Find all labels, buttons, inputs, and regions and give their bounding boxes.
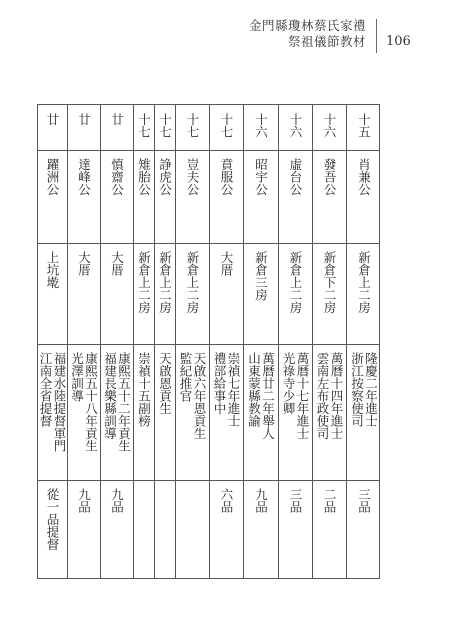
generation-text: 十七 — [220, 113, 233, 150]
name-text: 昭宇公 — [255, 158, 268, 243]
table-column: 十七雉胎公新倉上二房崇禎十五副榜 — [133, 105, 154, 578]
cell-branch: 新倉下二房 — [313, 243, 346, 344]
cell-generation: 廿 — [101, 105, 133, 150]
table-column: 十五肖兼公新倉上二房隆慶二年進士浙江按察使司三品 — [346, 105, 381, 578]
table-column: 十六發吾公新倉下二房萬曆十四年進士雲南左布政使司二品 — [312, 105, 346, 578]
title-text: 崇禎十五副榜 — [138, 352, 151, 480]
cell-rank — [176, 480, 209, 580]
cell-generation: 廿 — [68, 105, 100, 150]
cell-branch: 大厝 — [101, 243, 133, 344]
rank-text: 從一品提督 — [46, 488, 59, 580]
cell-generation: 十七 — [155, 105, 175, 150]
cell-branch: 新倉上二房 — [279, 243, 312, 344]
cell-rank: 二品 — [313, 480, 346, 580]
title-text: 崇禎七年進士 — [227, 352, 240, 480]
cell-title: 萬曆廿二年舉人山東蒙縣教諭 — [244, 344, 278, 480]
title-text: 江南全省提督 — [39, 352, 52, 480]
table-column: 廿躍洲公上坑墘福建水陸提督軍門江南全省提督從一品提督 — [38, 105, 67, 578]
rank-text: 六品 — [220, 488, 233, 580]
generation-text: 十七 — [159, 113, 172, 150]
cell-rank — [134, 480, 154, 580]
cell-title: 崇禎十五副榜 — [134, 344, 154, 480]
cell-rank: 九品 — [244, 480, 278, 580]
rank-text: 二品 — [323, 488, 336, 580]
branch-text: 新倉上二房 — [289, 251, 302, 344]
cell-title: 萬曆十四年進士雲南左布政使司 — [313, 344, 346, 480]
cell-generation: 十七 — [210, 105, 243, 150]
cell-name: 昭宇公 — [244, 150, 278, 243]
generation-text: 十七 — [138, 113, 151, 150]
name-text: 諍虎公 — [159, 158, 172, 243]
title-text: 萬曆十四年進士 — [330, 352, 343, 480]
branch-text: 大厝 — [111, 251, 124, 344]
page-number: 106 — [386, 34, 411, 49]
cell-name: 豈夫公 — [176, 150, 209, 243]
cell-branch: 大厝 — [68, 243, 100, 344]
cell-title: 康熙五十八年貢生光澤訓導 — [68, 344, 100, 480]
book-title: 金門縣瓊林蔡氏家禮 祭祖儀節教材 — [249, 18, 366, 50]
rank-text: 九品 — [78, 488, 91, 580]
cell-rank: 三品 — [347, 480, 381, 580]
title-text: 萬曆廿二年舉人 — [262, 352, 275, 480]
name-text: 雉胎公 — [138, 158, 151, 243]
cell-name: 肖兼公 — [347, 150, 381, 243]
name-text: 達峰公 — [78, 158, 91, 243]
title-text: 禮部給事中 — [213, 352, 226, 480]
name-text: 賁服公 — [220, 158, 233, 243]
cell-branch: 新倉上二房 — [134, 243, 154, 344]
table-column: 十七諍虎公新倉上二房天啟恩貢生 — [154, 105, 175, 578]
cell-generation: 十七 — [176, 105, 209, 150]
cell-name: 躍洲公 — [38, 150, 67, 243]
cell-rank: 從一品提督 — [38, 480, 67, 580]
cell-name: 慎齋公 — [101, 150, 133, 243]
cell-branch: 新倉上二房 — [176, 243, 209, 344]
cell-rank: 六品 — [210, 480, 243, 580]
book-title-line-1: 金門縣瓊林蔡氏家禮 — [249, 18, 366, 34]
title-text: 天啟恩貢生 — [159, 352, 172, 480]
generation-text: 十六 — [255, 113, 268, 150]
cell-generation: 十七 — [134, 105, 154, 150]
generation-text: 廿 — [46, 113, 59, 150]
generation-text: 十七 — [186, 113, 199, 150]
genealogy-table: 十五肖兼公新倉上二房隆慶二年進士浙江按察使司三品十六發吾公新倉下二房萬曆十四年進… — [37, 104, 380, 579]
name-text: 豈夫公 — [186, 158, 199, 243]
branch-text: 大厝 — [78, 251, 91, 344]
cell-title: 天啟六年恩貢生監紀推官 — [176, 344, 209, 480]
title-text: 監紀推官 — [179, 352, 192, 480]
cell-generation: 十六 — [244, 105, 278, 150]
name-text: 發吾公 — [323, 158, 336, 243]
cell-name: 賁服公 — [210, 150, 243, 243]
title-text: 萬曆十七年進士 — [296, 352, 309, 480]
cell-rank — [155, 480, 175, 580]
cell-branch: 新倉三房 — [244, 243, 278, 344]
cell-name: 達峰公 — [68, 150, 100, 243]
cell-title: 康熙五十二年貢生福建長樂縣訓導 — [101, 344, 133, 480]
cell-title: 崇禎七年進士禮部給事中 — [210, 344, 243, 480]
cell-name: 雉胎公 — [134, 150, 154, 243]
table-column: 十六虛台公新倉上二房萬曆十七年進士光祿寺少卿三品 — [278, 105, 312, 578]
cell-generation: 十六 — [279, 105, 312, 150]
title-text: 光澤訓導 — [71, 352, 84, 480]
branch-text: 新倉三房 — [255, 251, 268, 344]
cell-generation: 廿 — [38, 105, 67, 150]
name-text: 肖兼公 — [358, 158, 371, 243]
branch-text: 新倉上二房 — [186, 251, 199, 344]
name-text: 慎齋公 — [111, 158, 124, 243]
cell-branch: 新倉上二房 — [155, 243, 175, 344]
header-divider — [376, 19, 377, 53]
title-text: 光祿寺少卿 — [282, 352, 295, 480]
generation-text: 十六 — [323, 113, 336, 150]
cell-title: 隆慶二年進士浙江按察使司 — [347, 344, 381, 480]
generation-text: 十五 — [358, 113, 371, 150]
cell-title: 萬曆十七年進士光祿寺少卿 — [279, 344, 312, 480]
rank-text: 三品 — [289, 488, 302, 580]
title-text: 福建長樂縣訓導 — [104, 352, 117, 480]
cell-name: 虛台公 — [279, 150, 312, 243]
cell-rank: 九品 — [68, 480, 100, 580]
cell-rank: 三品 — [279, 480, 312, 580]
cell-branch: 上坑墘 — [38, 243, 67, 344]
branch-text: 新倉下二房 — [323, 251, 336, 344]
cell-title: 天啟恩貢生 — [155, 344, 175, 480]
rank-text: 三品 — [358, 488, 371, 580]
table-column: 十七賁服公大厝崇禎七年進士禮部給事中六品 — [209, 105, 243, 578]
branch-text: 新倉上二房 — [138, 251, 151, 344]
generation-text: 廿 — [111, 113, 124, 150]
rank-text: 九品 — [255, 488, 268, 580]
table-column: 十七豈夫公新倉上二房天啟六年恩貢生監紀推官 — [175, 105, 209, 578]
branch-text: 新倉上二房 — [358, 251, 371, 344]
name-text: 虛台公 — [289, 158, 302, 243]
title-text: 雲南左布政使司 — [316, 352, 329, 480]
title-text: 山東蒙縣教諭 — [248, 352, 261, 480]
title-text: 福建水陸提督軍門 — [53, 352, 66, 480]
page-header: 金門縣瓊林蔡氏家禮 祭祖儀節教材 106 — [0, 18, 454, 58]
rank-text: 九品 — [111, 488, 124, 580]
title-text: 浙江按察使司 — [351, 352, 364, 480]
generation-text: 廿 — [78, 113, 91, 150]
branch-text: 新倉上二房 — [159, 251, 172, 344]
generation-text: 十六 — [289, 113, 302, 150]
title-text: 隆慶二年進士 — [365, 352, 378, 480]
cell-name: 發吾公 — [313, 150, 346, 243]
cell-title: 福建水陸提督軍門江南全省提督 — [38, 344, 67, 480]
branch-text: 大厝 — [220, 251, 233, 344]
table-column: 廿達峰公大厝康熙五十八年貢生光澤訓導九品 — [67, 105, 100, 578]
title-text: 天啟六年恩貢生 — [193, 352, 206, 480]
title-text: 康熙五十八年貢生 — [85, 352, 98, 480]
table-column: 十六昭宇公新倉三房萬曆廿二年舉人山東蒙縣教諭九品 — [243, 105, 278, 578]
cell-branch: 大厝 — [210, 243, 243, 344]
cell-generation: 十五 — [347, 105, 381, 150]
title-text: 康熙五十二年貢生 — [118, 352, 131, 480]
cell-name: 諍虎公 — [155, 150, 175, 243]
cell-rank: 九品 — [101, 480, 133, 580]
cell-generation: 十六 — [313, 105, 346, 150]
cell-branch: 新倉上二房 — [347, 243, 381, 344]
branch-text: 上坑墘 — [46, 251, 59, 344]
name-text: 躍洲公 — [46, 158, 59, 243]
book-title-line-2: 祭祖儀節教材 — [249, 34, 366, 50]
table-column: 廿慎齋公大厝康熙五十二年貢生福建長樂縣訓導九品 — [100, 105, 133, 578]
